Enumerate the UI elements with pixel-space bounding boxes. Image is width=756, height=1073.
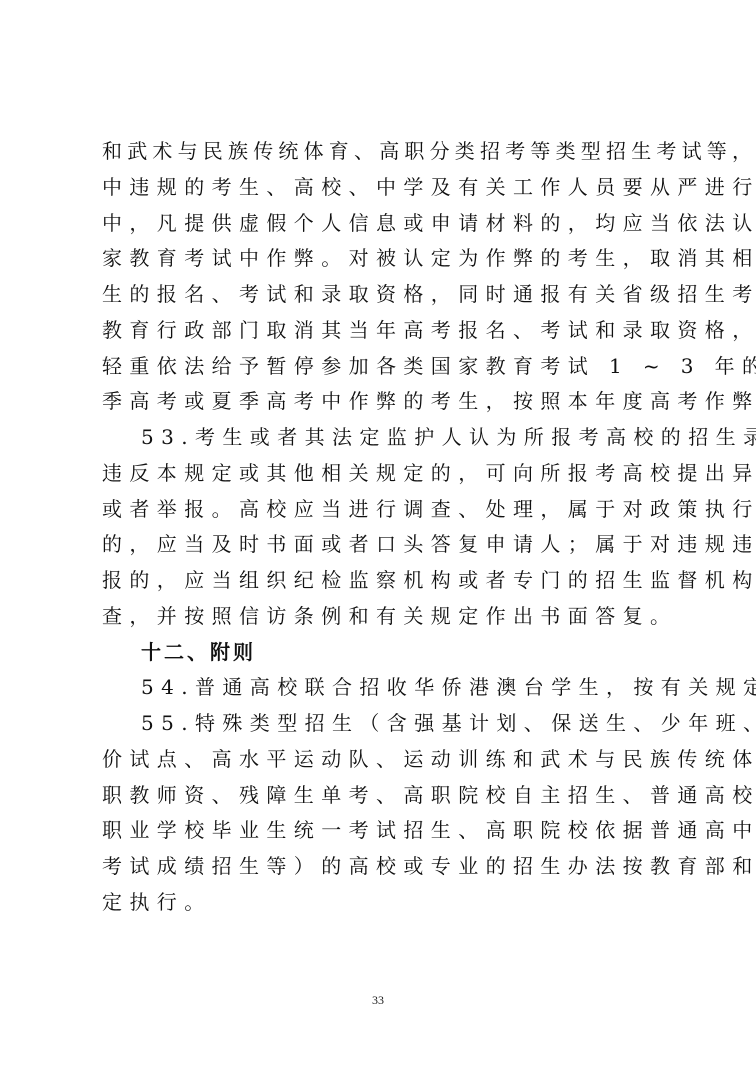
- text-line: 的，应当及时书面或者口头答复申请人；属于对违规违纪行为举: [102, 527, 672, 563]
- document-page: 和武术与民族传统体育、高职分类招考等类型招生考试等，下同） 中违规的考生、高校、…: [0, 0, 756, 1073]
- text-line: 或者举报。高校应当进行调查、处理，属于对政策执行存在异议: [102, 492, 672, 528]
- text-line: 中，凡提供虚假个人信息或申请材料的，均应当依法认定为在国: [102, 206, 672, 242]
- article-54-line: 54.普通高校联合招收华侨港澳台学生，按有关规定执行。: [102, 670, 672, 706]
- text-line: 教育行政部门取消其当年高考报名、考试和录取资格，并视情节: [102, 313, 672, 349]
- text-line: 定执行。: [102, 885, 672, 921]
- page-number: 33: [0, 993, 756, 1008]
- text-line: 和武术与民族传统体育、高职分类招考等类型招生考试等，下同）: [102, 134, 672, 170]
- text-line: 查，并按照信访条例和有关规定作出书面答复。: [102, 599, 672, 635]
- text-line: 生的报名、考试和录取资格，同时通报有关省级招生考试机构或: [102, 277, 672, 313]
- text-line: 职业学校毕业生统一考试招生、高职院校依据普通高中学业水平: [102, 813, 672, 849]
- text-line: 考试成绩招生等）的高校或专业的招生办法按教育部和省有关规: [102, 849, 672, 885]
- text-line: 轻重依法给予暂停参加各类国家教育考试 1 ~ 3 年的处理。在春: [102, 349, 672, 385]
- text-line: 中违规的考生、高校、中学及有关工作人员要从严进行查处。其: [102, 170, 672, 206]
- body-text: 和武术与民族传统体育、高职分类招考等类型招生考试等，下同） 中违规的考生、高校、…: [102, 134, 672, 921]
- text-line: 职教师资、残障生单考、高职院校自主招生、普通高校招收中等: [102, 778, 672, 814]
- section-heading: 十二、附则: [102, 635, 672, 671]
- article-53-first-line: 53.考生或者其法定监护人认为所报考高校的招生录取行为: [102, 420, 672, 456]
- text-line: 价试点、高水平运动队、运动训练和武术与民族传统体育专业、: [102, 742, 672, 778]
- text-line: 报的，应当组织纪检监察机构或者专门的招生监督机构进行调: [102, 563, 672, 599]
- text-line: 家教育考试中作弊。对被认定为作弊的考生，取消其相关类型招: [102, 241, 672, 277]
- article-55-first-line: 55.特殊类型招生（含强基计划、保送生、少年班、综合评: [102, 706, 672, 742]
- text-line: 季高考或夏季高考中作弊的考生，按照本年度高考作弊处理。: [102, 384, 672, 420]
- text-line: 违反本规定或其他相关规定的，可向所报考高校提出异议、申诉: [102, 456, 672, 492]
